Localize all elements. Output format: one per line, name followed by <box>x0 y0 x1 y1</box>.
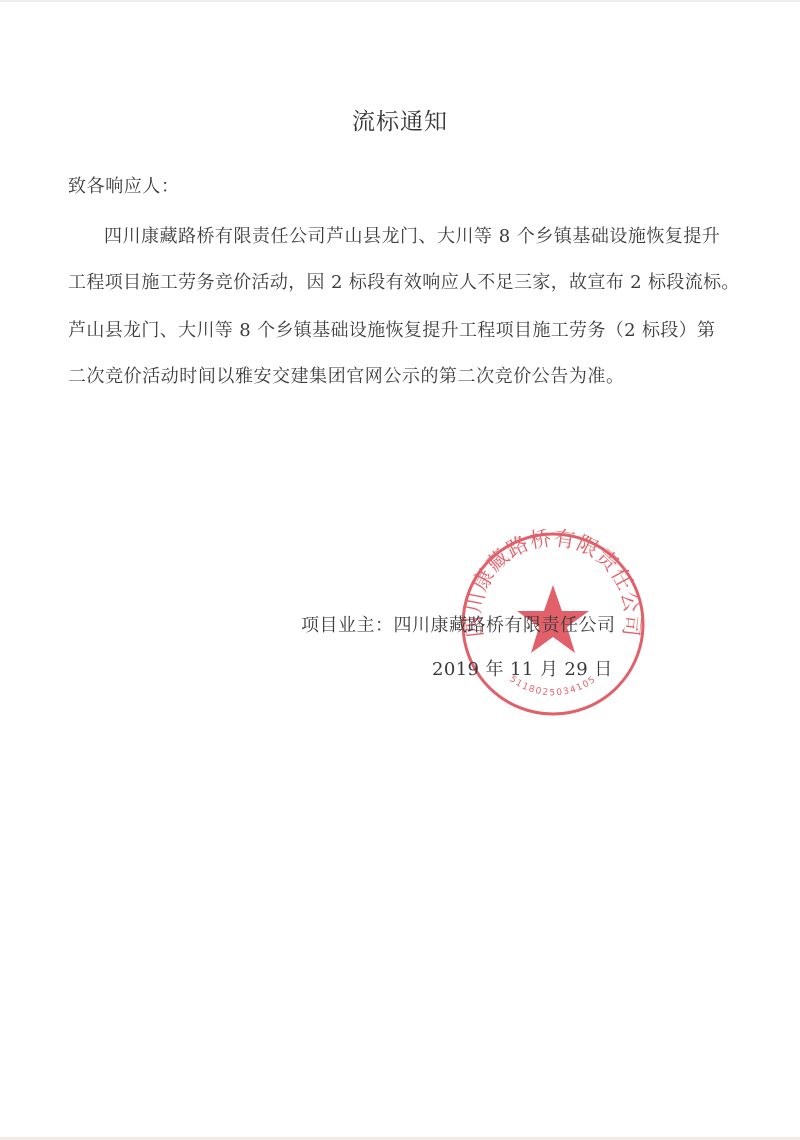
body-line-2: 工程项目施工劳务竞价活动，因 2 标段有效响应人不足三家，故宣布 2 标段流标。 <box>68 268 740 294</box>
body-line-3: 芦山县龙门、大川等 8 个乡镇基础设施恢复提升工程项目施工劳务（2 标段）第 <box>68 316 715 342</box>
page-edge-top <box>0 0 800 2</box>
body-line-1: 四川康藏路桥有限责任公司芦山县龙门、大川等 8 个乡镇基础设施恢复提升 <box>104 222 720 248</box>
greeting-line: 致各响应人： <box>68 172 180 198</box>
signature-date: 2019 年 11 月 29 日 <box>432 655 613 681</box>
body-line-4: 二次竞价活动时间以雅安交建集团官网公示的第二次竞价公告为准。 <box>68 362 625 388</box>
document-title: 流标通知 <box>0 103 800 136</box>
project-owner-signature: 项目业主：四川康藏路桥有限责任公司 <box>301 611 616 637</box>
